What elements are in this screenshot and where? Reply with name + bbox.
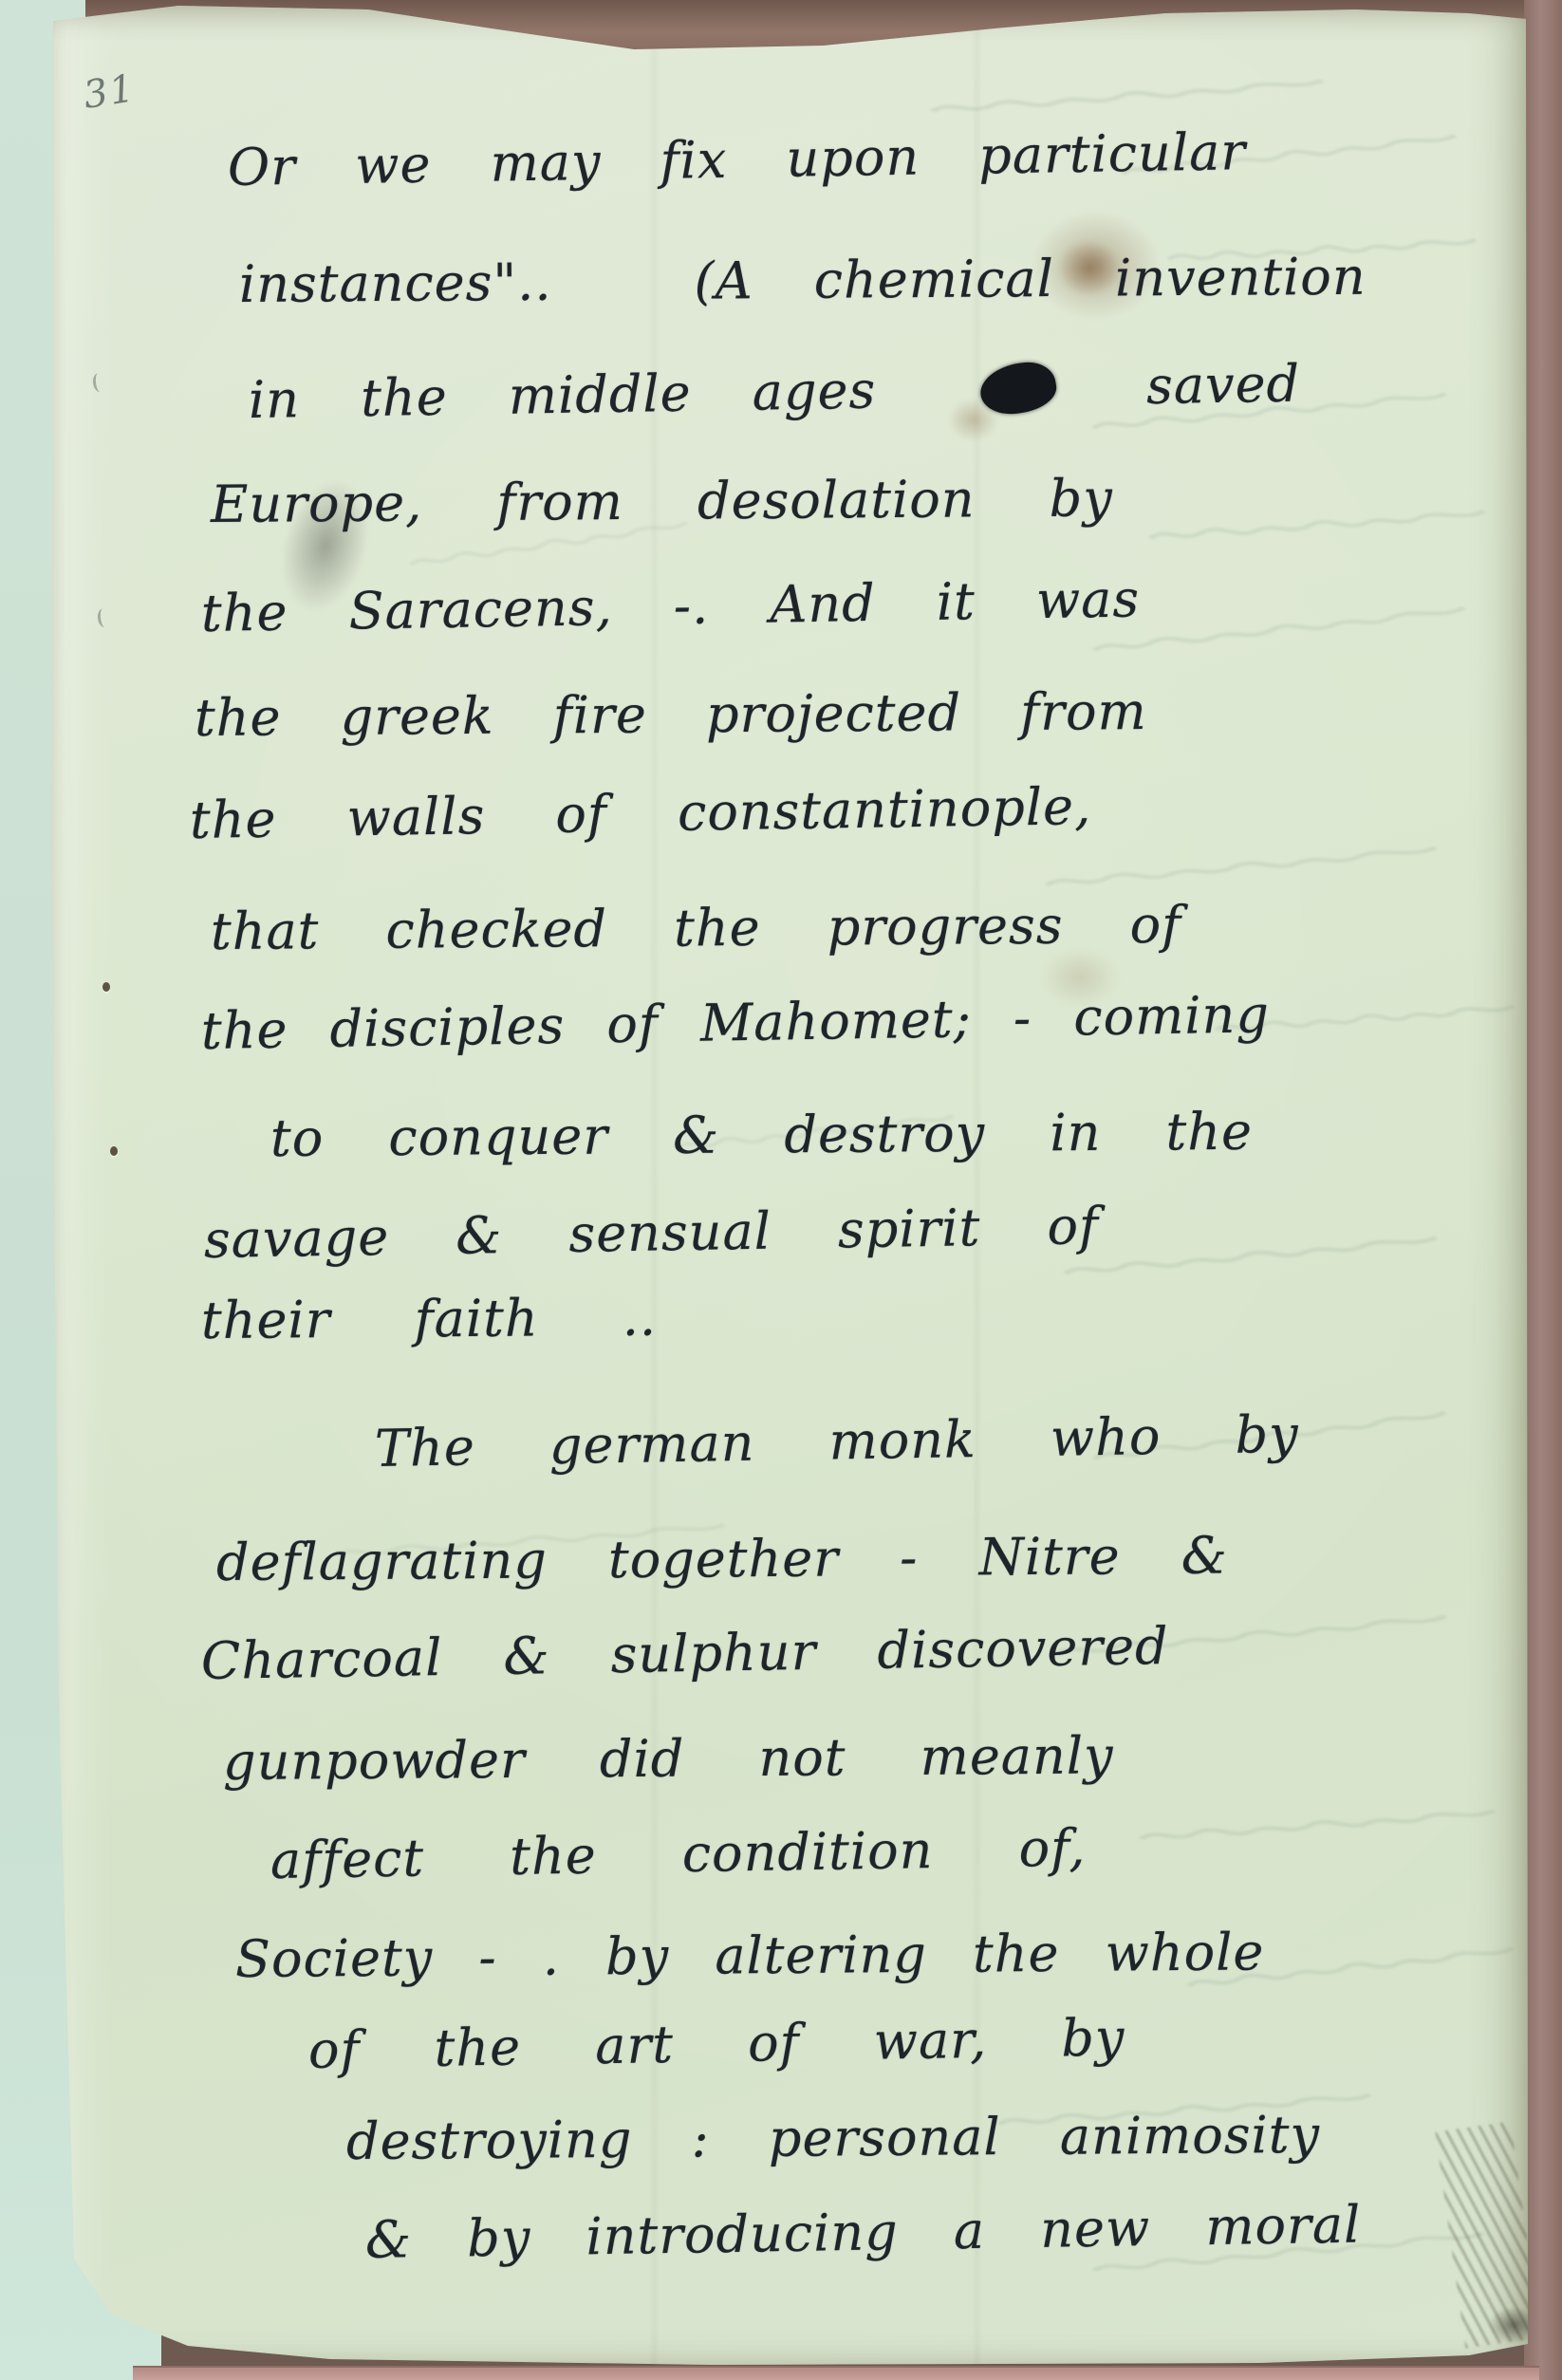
- line-text: deflagrating together - Nitre &: [216, 1526, 1228, 1592]
- manuscript-line: to conquer & destroy in the: [270, 1102, 1253, 1168]
- line-text: the greek fire projected from: [195, 681, 1147, 748]
- manuscript-line: Society - . by altering the whole: [235, 1922, 1265, 1989]
- manuscript-line: the greek fire projected from: [195, 681, 1147, 748]
- manuscript-line: affect the condition of,: [270, 1818, 1087, 1890]
- manuscript-line: savage & sensual spirit of: [204, 1196, 1100, 1270]
- line-text: of the art of war, by: [308, 2007, 1125, 2080]
- line-text: gunpowder did not meanly: [223, 1725, 1114, 1792]
- photograph-of-manuscript: 31 Or we may fix upon particular instanc…: [0, 0, 1562, 2380]
- desk-wood-right: [1524, 0, 1562, 2380]
- manuscript-line: their faith ..: [201, 1288, 658, 1350]
- pinhole: [102, 982, 110, 992]
- manuscript-line: the walls of constantinople,: [190, 776, 1092, 850]
- line-text: Europe, from desolation by: [211, 468, 1113, 534]
- line-text: instances"..: [239, 252, 552, 314]
- manuscript-line: the disciples of Mahomet; - coming: [201, 984, 1271, 1061]
- line-text: destroying : personal animosity: [346, 2105, 1320, 2171]
- ink-bleed-mark: [1089, 597, 1470, 661]
- manuscript-line: Or we may fix upon particular: [228, 121, 1247, 197]
- manuscript-line: gunpowder did not meanly: [223, 1725, 1114, 1792]
- line-text: in the middle ages: [249, 361, 877, 430]
- pinhole: [110, 1146, 118, 1156]
- ink-bleed-mark: [928, 69, 1328, 121]
- line-text: Society - . by altering the whole: [235, 1922, 1265, 1989]
- ink-blot: [977, 358, 1060, 418]
- pencil-tick: [92, 372, 106, 392]
- manuscript-line: The german monk who by: [375, 1404, 1300, 1478]
- desk-wood-bottom: [133, 2366, 1539, 2380]
- manuscript-line: instances"..(A chemical invention: [239, 247, 1367, 314]
- ink-bleed-mark: [1146, 500, 1489, 549]
- manuscript-line: that checked the progress of: [211, 895, 1182, 961]
- line-text: affect the condition of,: [270, 1818, 1087, 1890]
- pencil-tick: [97, 607, 111, 627]
- line-text: (A chemical invention: [694, 247, 1367, 311]
- manuscript-page: 31 Or we may fix upon particular instanc…: [46, 0, 1532, 2371]
- page-number-pencil: 31: [81, 66, 139, 118]
- manuscript-line: Europe, from desolation by: [211, 468, 1113, 534]
- ink-bleed-mark: [1042, 837, 1441, 897]
- line-text: to conquer & destroy in the: [270, 1102, 1253, 1168]
- line-text: the disciples of Mahomet; - coming: [201, 984, 1271, 1061]
- line-text: saved: [1146, 354, 1301, 417]
- manuscript-line: Charcoal & sulphur discovered: [201, 1616, 1170, 1691]
- line-text: the walls of constantinople,: [190, 776, 1092, 850]
- line-text: savage & sensual spirit of: [204, 1196, 1100, 1270]
- manuscript-line: deflagrating together - Nitre &: [216, 1526, 1228, 1592]
- line-text: Charcoal & sulphur discovered: [201, 1616, 1170, 1691]
- manuscript-line: destroying : personal animosity: [346, 2105, 1320, 2171]
- ink-bleed-mark: [1137, 1800, 1498, 1850]
- line-text: Or we may fix upon particular: [228, 121, 1247, 197]
- manuscript-line: of the art of war, by: [308, 2007, 1125, 2080]
- line-text: that checked the progress of: [211, 895, 1182, 961]
- line-text: their faith ..: [201, 1288, 658, 1350]
- line-text: The german monk who by: [375, 1404, 1300, 1478]
- ink-bleed-mark: [1061, 1227, 1441, 1285]
